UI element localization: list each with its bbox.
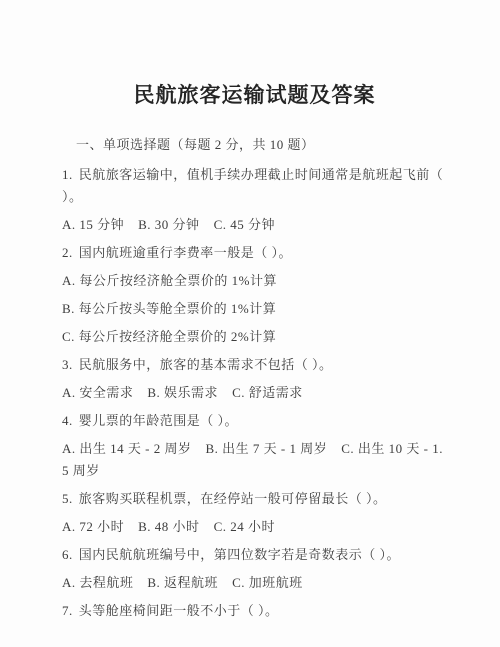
exam-document-page: 民航旅客运输试题及答案 一、单项选择题（每题 2 分，共 10 题） 1.民航旅… [0,0,500,647]
option-item: A. 去程航班 [62,575,133,590]
question-number: 3. [62,357,73,372]
question-number: 7. [62,603,73,618]
question-body: 国内民航航班编号中，第四位数字若是奇数表示（ ）。 [79,547,400,562]
question-text: 3.民航服务中，旅客的基本需求不包括（ ）。 [62,354,447,376]
question-body: 国内航班逾重行李费率一般是（ ）。 [79,245,292,260]
option-item: A. 72 小时 [62,519,124,534]
option-item: B. 娱乐需求 [147,385,218,400]
option-line: A. 15 分钟B. 30 分钟C. 45 分钟 [62,214,447,236]
question-list: 1.民航旅客运输中，值机手续办理截止时间通常是航班起飞前（ ）。A. 15 分钟… [62,164,447,622]
question-number: 5. [62,491,73,506]
question-body: 旅客购买联程机票，在经停站一般可停留最长（ ）。 [79,491,387,506]
option-line: A. 去程航班B. 返程航班C. 加班航班 [62,572,447,594]
option-line: A. 72 小时B. 48 小时C. 24 小时 [62,516,447,538]
option-item: B. 出生 7 天 - 1 周岁 [205,441,327,456]
question-text: 2.国内航班逾重行李费率一般是（ ）。 [62,242,447,264]
option-line: A. 每公斤按经济舱全票价的 1%计算 [62,270,447,292]
question-text: 1.民航旅客运输中，值机手续办理截止时间通常是航班起飞前（ ）。 [62,164,447,208]
question-number: 6. [62,547,73,562]
option-item: C. 45 分钟 [214,217,275,232]
option-item: B. 30 分钟 [138,217,199,232]
option-item: A. 安全需求 [62,385,133,400]
option-line: A. 出生 14 天 - 2 周岁B. 出生 7 天 - 1 周岁C. 出生 1… [62,438,447,482]
option-line: A. 安全需求B. 娱乐需求C. 舒适需求 [62,382,447,404]
question-body: 婴儿票的年龄范围是（ ）。 [79,413,238,428]
section-heading: 一、单项选择题（每题 2 分，共 10 题） [62,134,447,156]
option-item: B. 48 小时 [138,519,199,534]
option-item: C. 加班航班 [232,575,303,590]
question-text: 4.婴儿票的年龄范围是（ ）。 [62,410,447,432]
question-body: 头等舱座椅间距一般不小于（ ）。 [79,603,279,618]
option-item: C. 24 小时 [214,519,275,534]
document-title: 民航旅客运输试题及答案 [62,82,447,108]
question-text: 6.国内民航航班编号中，第四位数字若是奇数表示（ ）。 [62,544,447,566]
question-number: 2. [62,245,73,260]
option-item: B. 返程航班 [147,575,218,590]
option-item: A. 出生 14 天 - 2 周岁 [62,441,191,456]
option-item: A. 15 分钟 [62,217,124,232]
question-text: 7.头等舱座椅间距一般不小于（ ）。 [62,600,447,622]
question-body: 民航服务中，旅客的基本需求不包括（ ）。 [79,357,333,372]
question-body: 民航旅客运输中，值机手续办理截止时间通常是航班起飞前（ ）。 [62,167,443,204]
question-number: 1. [62,167,73,182]
option-line: B. 每公斤按头等舱全票价的 1%计算 [62,298,447,320]
question-number: 4. [62,413,73,428]
option-item: C. 舒适需求 [232,385,303,400]
option-line: C. 每公斤按经济舱全票价的 2%计算 [62,326,447,348]
question-text: 5.旅客购买联程机票，在经停站一般可停留最长（ ）。 [62,488,447,510]
